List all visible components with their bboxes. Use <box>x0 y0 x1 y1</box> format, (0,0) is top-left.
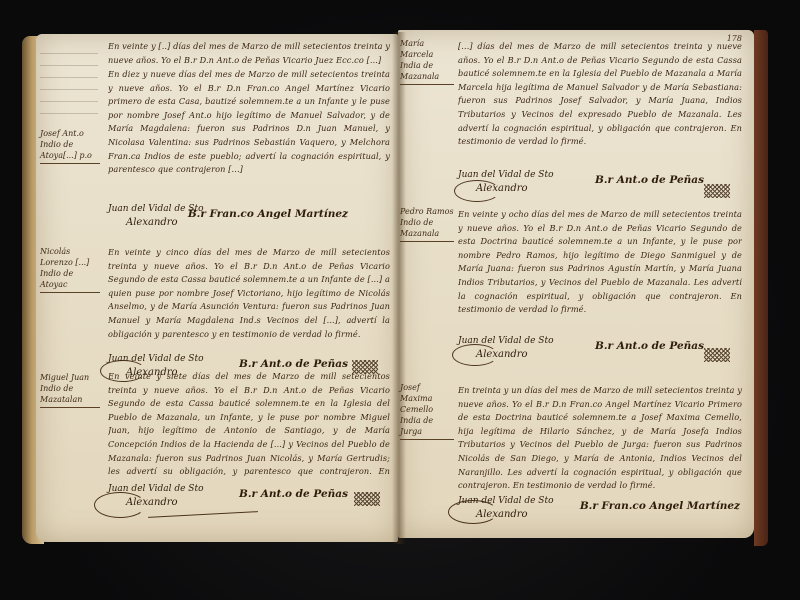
flourish-line <box>148 511 258 518</box>
entry-text: En veinte y siete días del mes de Marzo … <box>108 370 390 478</box>
witness-rubric: Alexandro <box>476 183 528 194</box>
signature-block: Juan del Vidal de Sto Alexandro B.r Ant.… <box>458 170 744 204</box>
witness-signature: Juan del Vidal de Sto <box>458 170 554 180</box>
entry-text: En veinte y [..] días del mes de Marzo d… <box>108 40 390 68</box>
witness-rubric: Alexandro <box>476 509 528 520</box>
entry-text: En treinta y un días del mes de Marzo de… <box>458 384 742 494</box>
open-register-book: En veinte y [..] días del mes de Marzo d… <box>12 28 772 558</box>
signature-block: Juan del Vidal de Sto Alexandro B.r Ant.… <box>458 336 744 370</box>
entry-text: [...] días del mes de Marzo de mill sete… <box>458 40 742 164</box>
priest-signature: B.r Ant.o de Peñas <box>239 488 348 500</box>
priest-signature: B.r Ant.o de Peñas <box>595 174 704 186</box>
witness-signature: Juan del Vidal de Sto <box>108 354 204 364</box>
entry-text: En veinte y cinco días del mes de Marzo … <box>108 246 390 354</box>
witness-rubric: Alexandro <box>126 497 178 508</box>
priest-signature: B.r Ant.o de Peñas <box>239 358 348 370</box>
left-page: En veinte y [..] días del mes de Marzo d… <box>36 34 398 542</box>
margin-note: María Marcela India de Mazanala <box>400 38 454 85</box>
witness-rubric: Alexandro <box>126 217 178 228</box>
margin-note: Pedro Ramos Indio de Mazanala <box>400 206 454 242</box>
entry-text: En diez y nueve días del mes de Marzo de… <box>108 68 390 204</box>
witness-signature: Juan del Vidal de Sto <box>458 336 554 346</box>
margin-note: Miguel Juan Indio de Mazatalan <box>40 372 100 408</box>
priest-rubric-mark <box>704 184 730 198</box>
margin-note: Josef Maxima Cemello India de Jurga <box>400 382 454 440</box>
signature-block: Juan del Vidal de Sto Alexandro B.r Fran… <box>458 496 744 530</box>
priest-signature: B.r Fran.co Angel Martínez <box>188 208 348 220</box>
priest-rubric-mark <box>354 492 380 506</box>
priest-signature: B.r Ant.o de Peñas <box>595 340 704 352</box>
book-gutter <box>392 32 406 544</box>
signature-block: Juan del Vidal de Sto Alexandro B.r Ant.… <box>108 484 388 518</box>
priest-rubric-mark <box>704 348 730 362</box>
bleed-through-lines <box>40 42 98 122</box>
signature-block: Juan del Vidal de Sto Alexandro B.r Fran… <box>108 204 388 238</box>
witness-signature: Juan del Vidal de Sto <box>458 496 554 506</box>
right-page: 178 María Marcela India de Mazanala [...… <box>398 30 754 538</box>
witness-signature: Juan del Vidal de Sto <box>108 484 204 494</box>
margin-note: Nicolás Lorenzo [...] Indio de Atoyac <box>40 246 100 293</box>
entry-text: En veinte y ocho días del mes de Marzo d… <box>458 208 742 332</box>
witness-rubric: Alexandro <box>476 349 528 360</box>
priest-signature: B.r Fran.co Angel Martínez <box>580 500 740 512</box>
margin-note: Josef Ant.o Indio de Atoya[...] p.o <box>40 128 100 164</box>
book-cover-right-edge <box>754 30 768 546</box>
